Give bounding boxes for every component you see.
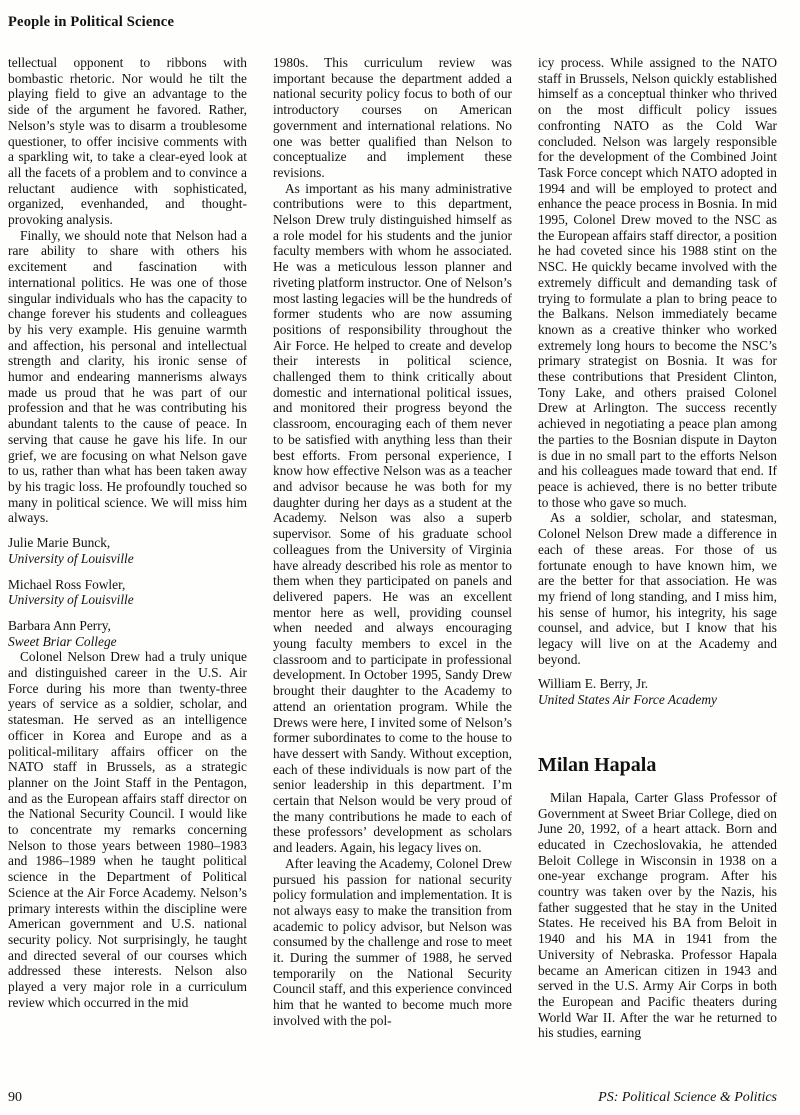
signature-name: Barbara Ann Perry, — [8, 618, 247, 634]
signature-affiliation: United States Air Force Academy — [538, 692, 777, 708]
content-columns: tellectual opponent to ribbons with bomb… — [8, 55, 777, 1087]
signature-name: Michael Ross Fowler, — [8, 577, 247, 593]
journal-page: People in Political Science tellectual o… — [0, 0, 800, 1115]
signature-block: William E. Berry, Jr. United States Air … — [538, 676, 777, 707]
article-paragraph: As important as his many administrative … — [273, 181, 512, 856]
article-paragraph: Finally, we should note that Nelson had … — [8, 228, 247, 526]
article-paragraph: As a soldier, scholar, and statesman, Co… — [538, 510, 777, 667]
page-number: 90 — [8, 1090, 22, 1106]
running-head: People in Political Science — [8, 14, 174, 31]
signature-affiliation: Sweet Briar College — [8, 634, 247, 650]
signature-block: Barbara Ann Perry, Sweet Briar College — [8, 618, 247, 649]
article-paragraph: Milan Hapala, Carter Glass Professor of … — [538, 790, 777, 1041]
article-paragraph: tellectual opponent to ribbons with bomb… — [8, 55, 247, 228]
signature-affiliation: University of Louisville — [8, 551, 247, 567]
signature-block: Michael Ross Fowler, University of Louis… — [8, 577, 247, 608]
article-paragraph: After leaving the Academy, Colonel Drew … — [273, 856, 512, 1029]
column-2: 1980s. This curriculum review was import… — [273, 55, 512, 1087]
signature-name: William E. Berry, Jr. — [538, 676, 777, 692]
signature-block: Julie Marie Bunck, University of Louisvi… — [8, 535, 247, 566]
column-1: tellectual opponent to ribbons with bomb… — [8, 55, 247, 1087]
signature-name: Julie Marie Bunck, — [8, 535, 247, 551]
page-footer: 90 PS: Political Science & Politics — [8, 1090, 777, 1106]
column-3: icy process. While assigned to the NATO … — [538, 55, 777, 1087]
article-paragraph: icy process. While assigned to the NATO … — [538, 55, 777, 510]
section-heading: Milan Hapala — [538, 754, 777, 776]
article-paragraph: Colonel Nelson Drew had a truly unique a… — [8, 649, 247, 1010]
journal-title: PS: Political Science & Politics — [598, 1090, 777, 1106]
signature-affiliation: University of Louisville — [8, 592, 247, 608]
article-paragraph: 1980s. This curriculum review was import… — [273, 55, 512, 181]
